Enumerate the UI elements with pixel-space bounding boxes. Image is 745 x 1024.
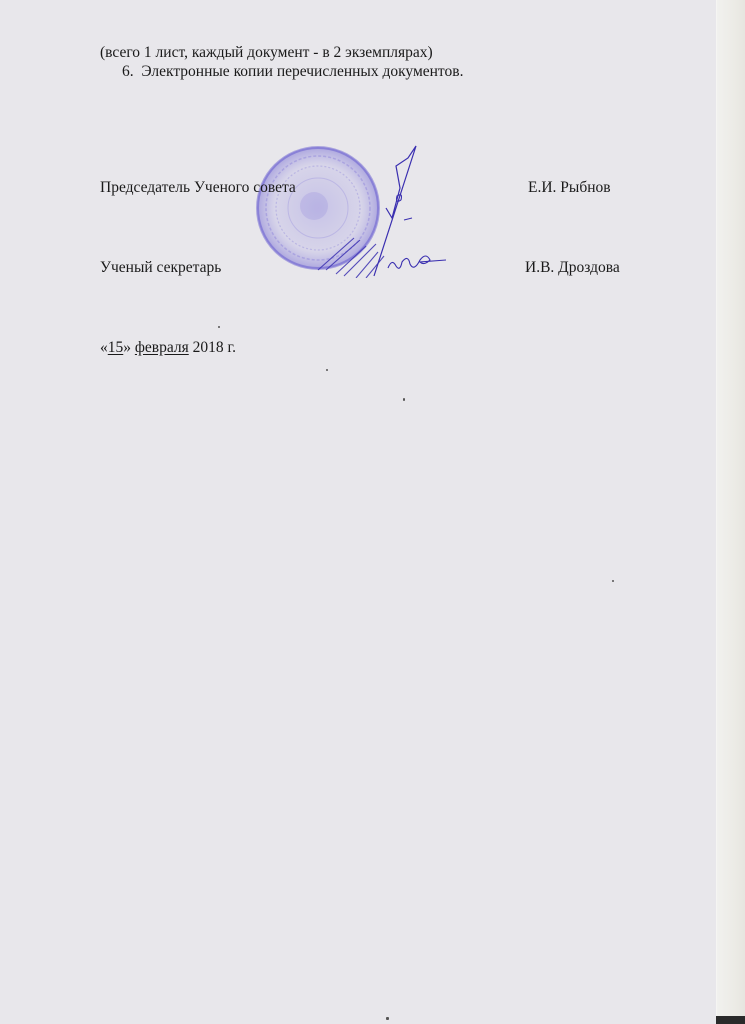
scan-speck bbox=[326, 369, 328, 371]
date-month: февраля bbox=[135, 339, 189, 356]
scan-speck bbox=[386, 1017, 389, 1020]
chairman-name: Е.И. Рыбнов bbox=[528, 179, 611, 197]
list-item-number: 6. bbox=[122, 63, 134, 80]
list-item-6: 6. Электронные копии перечисленных докум… bbox=[122, 63, 463, 81]
scan-speck bbox=[403, 398, 405, 401]
date-close-quote: » bbox=[123, 339, 131, 356]
page-edge bbox=[716, 0, 745, 1024]
seal-stamp-icon bbox=[256, 128, 446, 278]
secretary-name: И.В. Дроздова bbox=[525, 259, 620, 277]
date-day: 15 bbox=[108, 339, 124, 356]
scan-speck bbox=[218, 326, 220, 328]
scan-speck bbox=[612, 580, 614, 582]
scanner-border bbox=[716, 1016, 745, 1024]
list-item-text: Электронные копии перечисленных документ… bbox=[141, 63, 463, 80]
total-sheets-note: (всего 1 лист, каждый документ - в 2 экз… bbox=[100, 44, 433, 62]
document-date: «15» февраля 2018 г. bbox=[100, 339, 236, 357]
chairman-role: Председатель Ученого совета bbox=[100, 179, 296, 197]
date-year: 2018 г. bbox=[193, 339, 236, 356]
date-open-quote: « bbox=[100, 339, 108, 356]
secretary-role: Ученый секретарь bbox=[100, 259, 221, 277]
